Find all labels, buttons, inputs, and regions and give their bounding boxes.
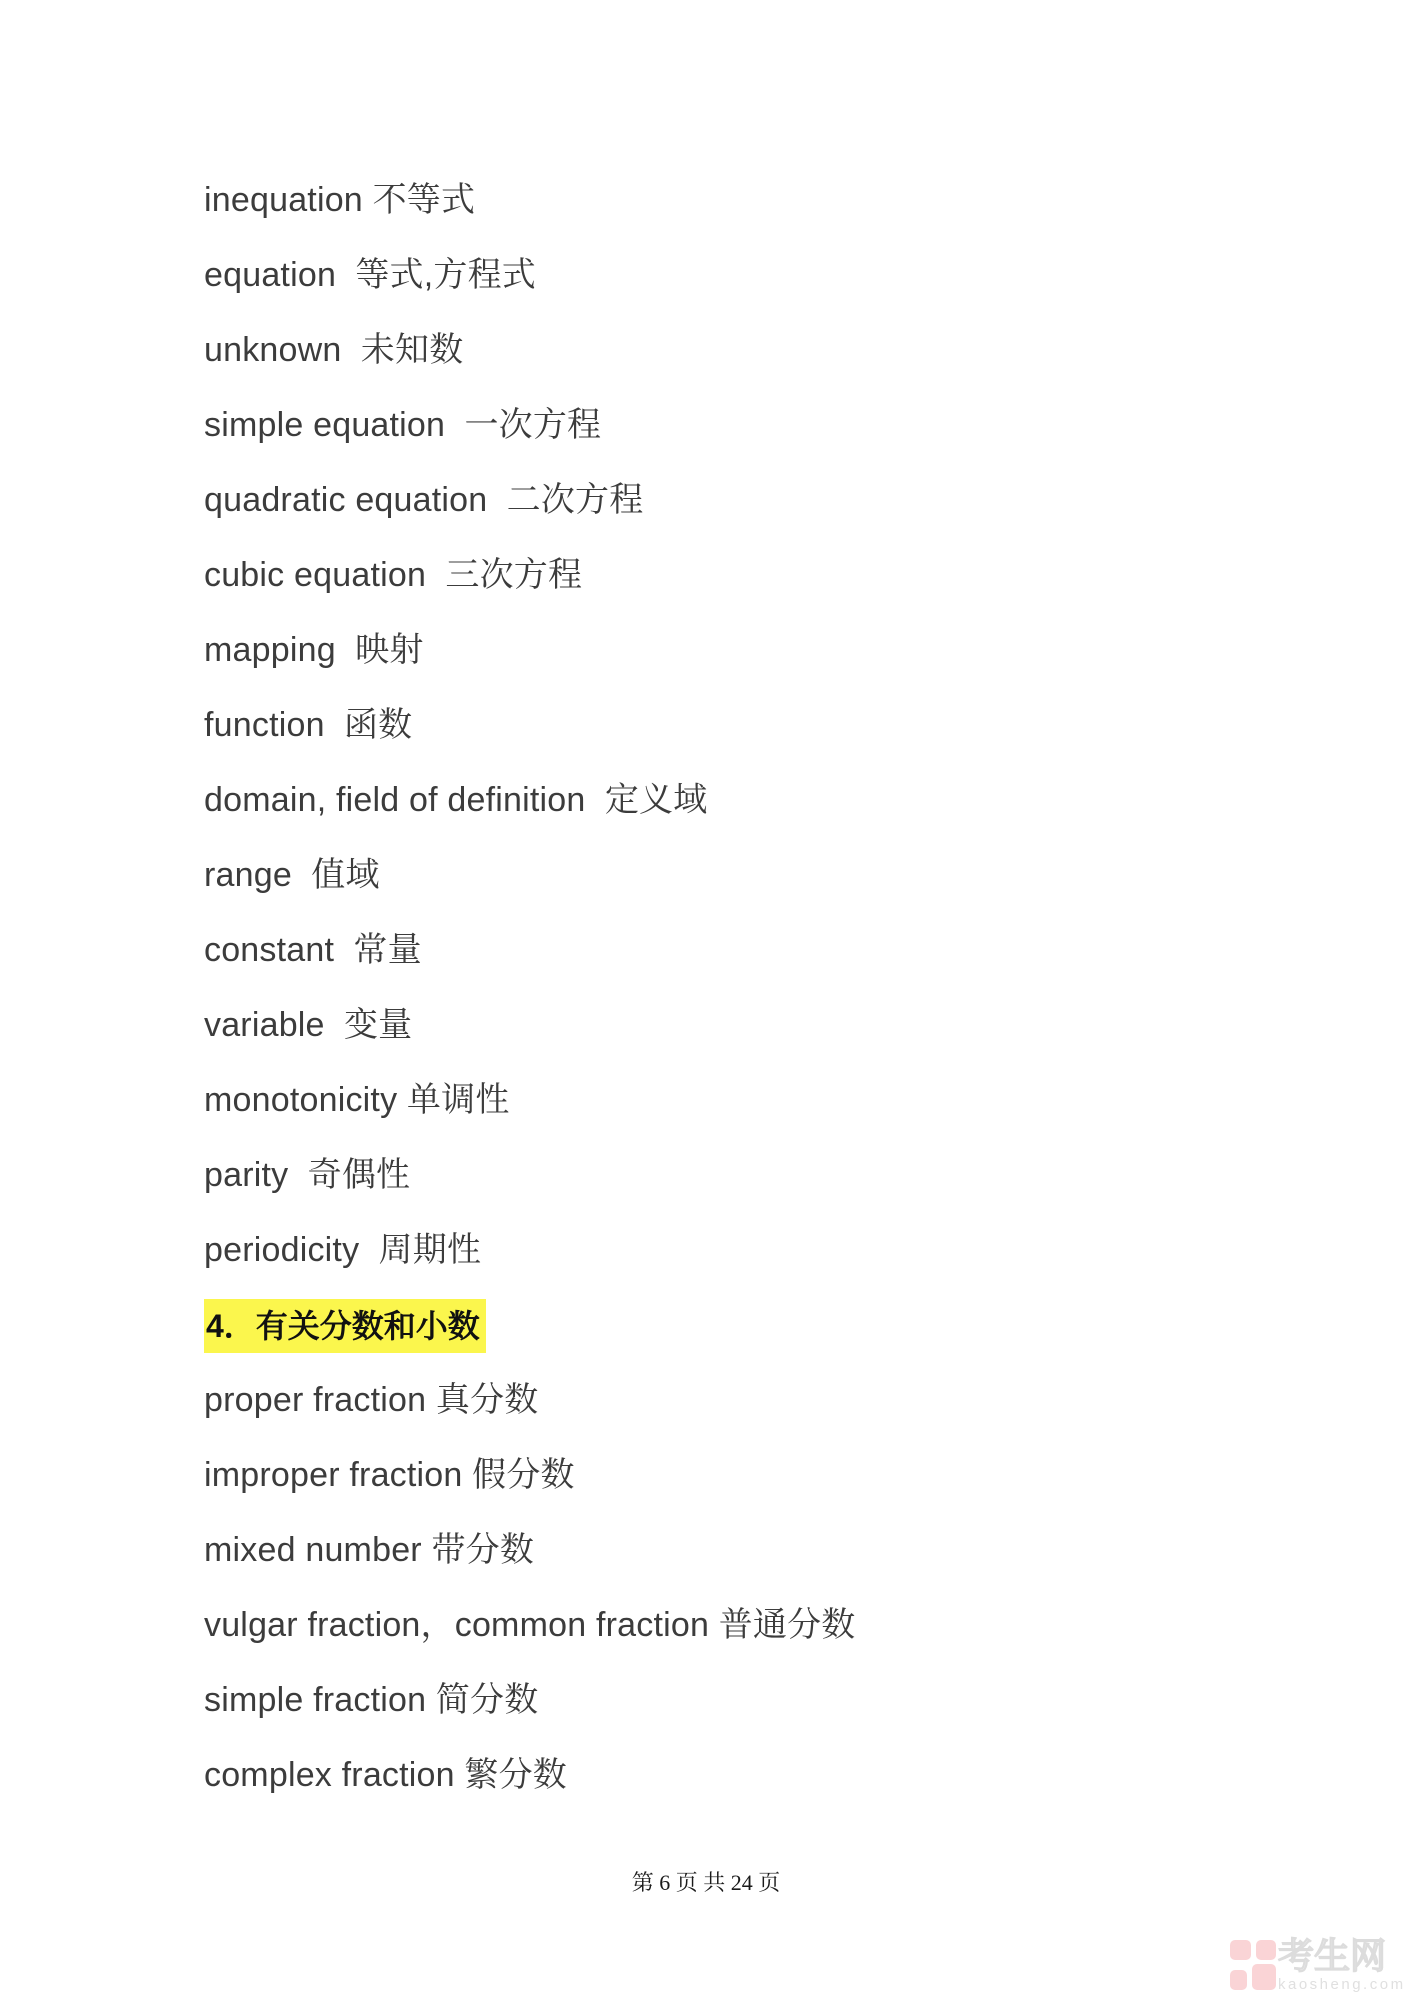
kaosheng-logo-icon [1230, 1938, 1278, 1992]
vocab-term-cubic-equation: cubic equation 三次方程 [204, 538, 1292, 613]
vocab-term-simple-equation: simple equation 一次方程 [204, 388, 1292, 463]
vocab-term-simple-fraction: simple fraction 简分数 [204, 1663, 1292, 1738]
logo-block-bottom-right [1252, 1964, 1276, 1990]
vocab-term-parity: parity 奇偶性 [204, 1138, 1292, 1213]
vocab-term-domain: domain, field of definition 定义域 [204, 763, 1292, 838]
section-heading-highlighted: 4．有关分数和小数 [204, 1299, 486, 1353]
vocab-term-complex-fraction: complex fraction 繁分数 [204, 1738, 1292, 1813]
document-page: inequation 不等式 equation 等式,方程式 unknown 未… [0, 0, 1412, 2006]
vocab-term-monotonicity: monotonicity 单调性 [204, 1063, 1292, 1138]
logo-block-bottom-left [1230, 1970, 1247, 1990]
vocab-term-constant: constant 常量 [204, 913, 1292, 988]
vocab-term-mixed-number: mixed number 带分数 [204, 1513, 1292, 1588]
vocab-term-vulgar-fraction: vulgar fraction，common fraction 普通分数 [204, 1588, 1292, 1663]
watermark-site-name: 考生网 [1278, 1938, 1406, 1974]
vocab-term-proper-fraction: proper fraction 真分数 [204, 1363, 1292, 1438]
watermark-site-domain: kaosheng.com [1278, 1977, 1406, 1992]
vocab-term-mapping: mapping 映射 [204, 613, 1292, 688]
vocab-term-unknown: unknown 未知数 [204, 313, 1292, 388]
vocab-term-variable: variable 变量 [204, 988, 1292, 1063]
vocab-term-improper-fraction: improper fraction 假分数 [204, 1438, 1292, 1513]
logo-block-top-left [1230, 1940, 1251, 1960]
vocab-term-periodicity: periodicity 周期性 [204, 1213, 1292, 1288]
kaosheng-watermark: 考生网 kaosheng.com [1230, 1938, 1412, 1996]
section-heading-line: 4．有关分数和小数 [204, 1288, 1292, 1363]
vocab-term-equation: equation 等式,方程式 [204, 238, 1292, 313]
logo-block-top-right [1256, 1940, 1276, 1960]
vocab-term-inequation: inequation 不等式 [204, 163, 1292, 238]
page-number-footer: 第 6 页 共 24 页 [0, 1866, 1412, 1897]
vocab-term-function: function 函数 [204, 688, 1292, 763]
watermark-text-block: 考生网 kaosheng.com [1278, 1938, 1406, 1992]
vocab-term-quadratic-equation: quadratic equation 二次方程 [204, 463, 1292, 538]
vocab-term-range: range 值域 [204, 838, 1292, 913]
vocab-list: inequation 不等式 equation 等式,方程式 unknown 未… [204, 163, 1292, 1813]
